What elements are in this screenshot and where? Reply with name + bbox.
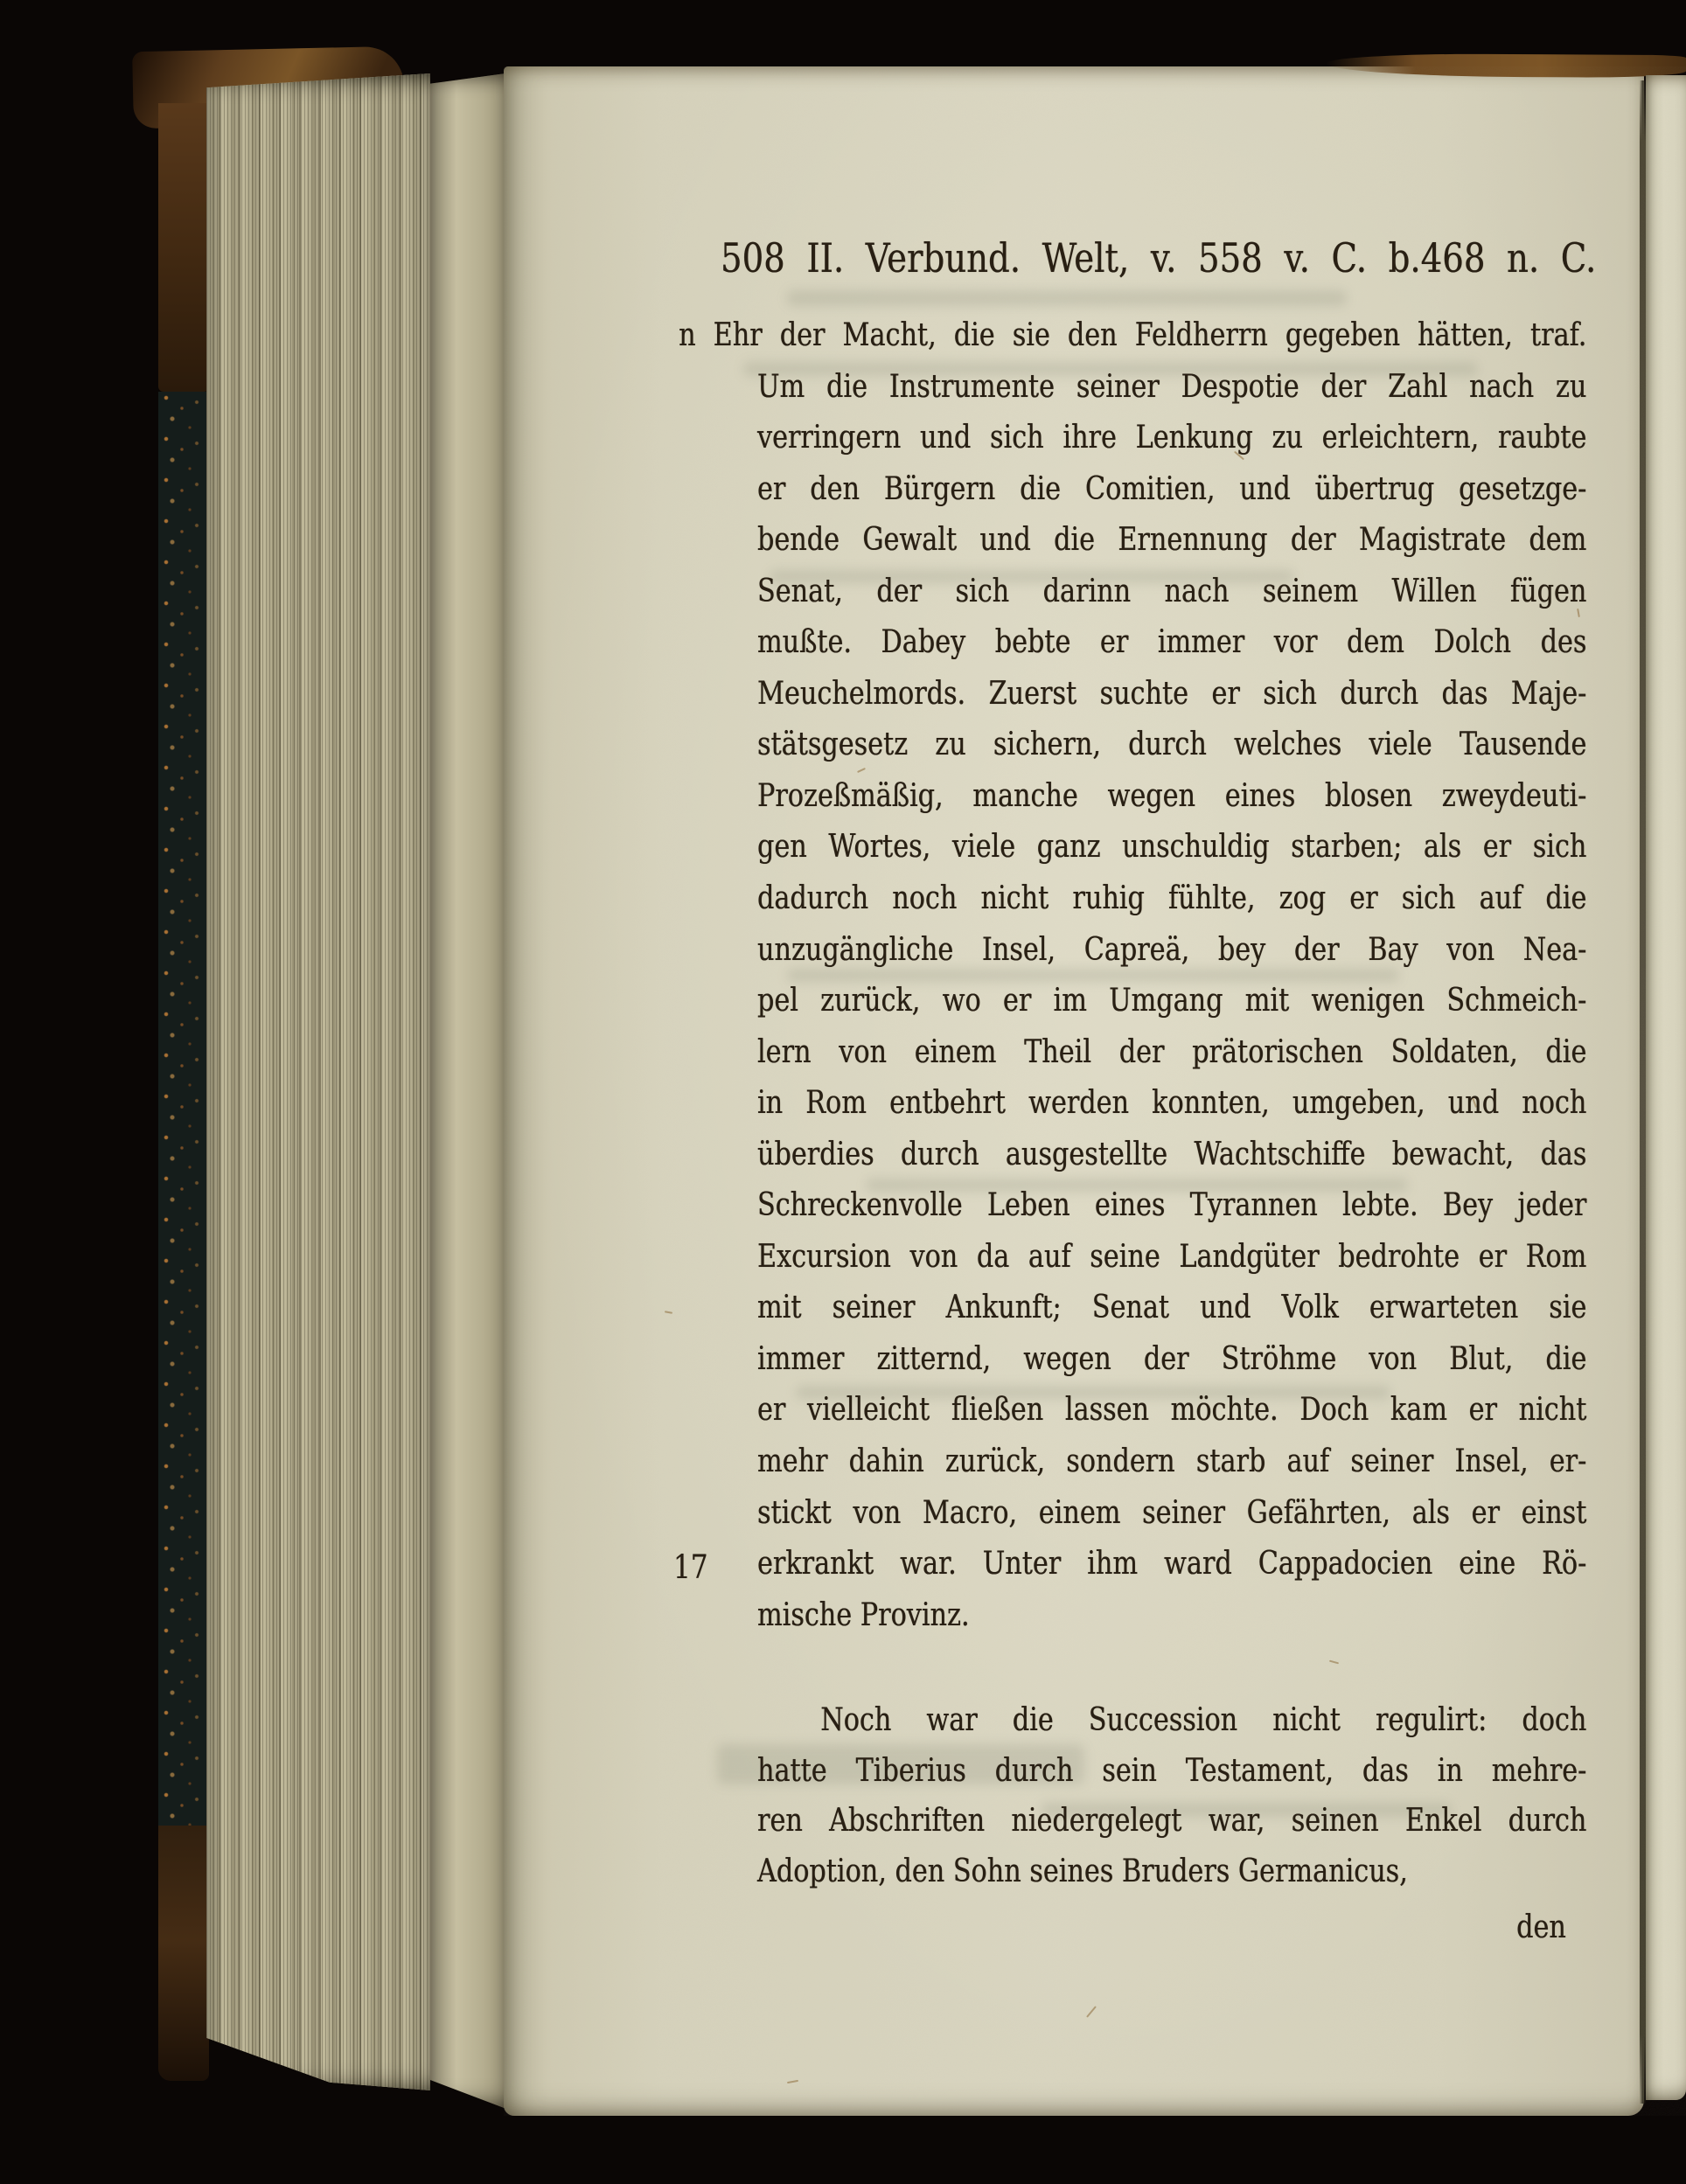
margin-note-year: 17 (673, 1546, 732, 1589)
page-fore-edge-stack (206, 73, 430, 2097)
body-line: gen Wortes, viele ganz unschuldig starbe… (757, 822, 1586, 873)
facing-page-sliver (1646, 75, 1686, 2100)
body-line: bende Gewalt und die Ernennung der Magis… (757, 515, 1586, 567)
leather-cover-edge-top (158, 103, 209, 392)
body-line: hatte Tiberius durch sein Testament, das… (757, 1746, 1586, 1797)
page-gutter-crease (1640, 80, 1646, 2104)
body-line: erkrankt war. Unter ihm ward Cappadocien… (757, 1539, 1586, 1590)
page-block-ridge (430, 73, 505, 2111)
catchword: den (757, 1902, 1586, 1953)
body-line: überdies durch ausgestellte Wachtschiffe… (757, 1130, 1586, 1181)
body-line: stickt von Macro, einem seiner Gefährten… (757, 1488, 1586, 1540)
leather-cover-edge-bottom (158, 1826, 209, 2081)
body-line: Schreckenvolle Leben eines Tyrannen lebt… (757, 1180, 1586, 1232)
marbled-board-edge (158, 392, 209, 1826)
body-line: mußte. Dabey bebte er immer vor dem Dolc… (757, 617, 1586, 669)
body-line: Noch war die Succession nicht regulirt: … (757, 1695, 1586, 1746)
body-line: Excursion von da auf seine Landgüter bed… (757, 1232, 1586, 1283)
scanned-book-photo: 508 II. Verbund. Welt, v. 558 v. C. b.46… (0, 0, 1686, 2184)
body-line: er vielleicht fließen lassen möchte. Doc… (757, 1385, 1586, 1436)
body-line: mehr dahin zurück, sondern starb auf sei… (757, 1436, 1586, 1488)
running-header: 508 II. Verbund. Welt, v. 558 v. C. b.46… (721, 227, 1596, 289)
body-line: immer zitternd, wegen der Ströhme von Bl… (757, 1334, 1586, 1386)
body-line: verringern und sich ihre Lenkung zu erle… (757, 413, 1586, 464)
body-line: Meuchelmords. Zuerst suchte er sich durc… (757, 669, 1586, 720)
body-line: lern von einem Theil der prätorischen So… (757, 1027, 1586, 1079)
body-line: er den Bürgern die Comitien, und übertru… (757, 464, 1586, 516)
body-line: ren Abschriften niedergelegt war, seinen… (757, 1796, 1586, 1847)
body-line: Adoption, den Sohn seines Bruders German… (757, 1847, 1586, 1897)
body-line: Prozeßmäßig, manche wegen eines blosen z… (757, 771, 1586, 823)
body-paragraph-2: Noch war die Succession nicht regulirt: … (757, 1695, 1586, 1896)
body-line: unzugängliche Insel, Capreä, bey der Bay… (757, 925, 1586, 977)
body-line: mit seiner Ankunft; Senat und Volk erwar… (757, 1283, 1586, 1334)
body-line: n Ehr der Macht, die sie den Feldherrn g… (679, 310, 1586, 362)
body-line: dadurch noch nicht ruhig fühlte, zog er … (757, 873, 1586, 925)
body-line: mische Provinz. (757, 1590, 1586, 1642)
body-line: pel zurück, wo er im Umgang mit wenigen … (757, 976, 1586, 1027)
body-line: Senat, der sich darinn nach seinem Wille… (757, 567, 1586, 618)
body-line: in Rom entbehrt werden konnten, umgeben,… (757, 1078, 1586, 1130)
cover-board-strip (158, 103, 209, 2081)
body-line: stätsgesetz zu sichern, durch welches vi… (757, 720, 1586, 771)
body-line: Um die Instrumente seiner Despotie der Z… (757, 362, 1586, 414)
body-paragraph-1: n Ehr der Macht, die sie den Feldherrn g… (757, 310, 1586, 1641)
